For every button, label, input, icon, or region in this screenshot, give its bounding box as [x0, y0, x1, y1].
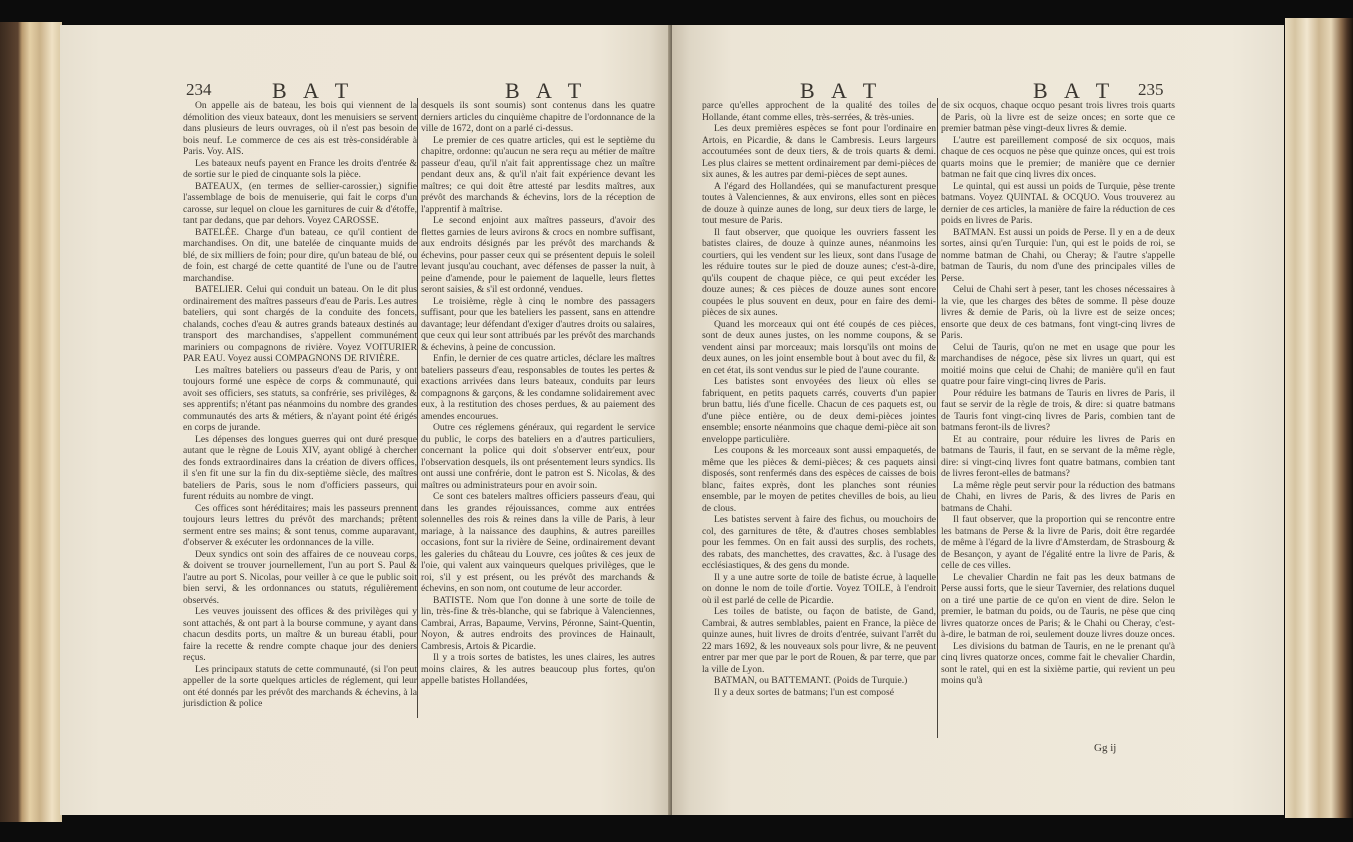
paragraph: Deux syndics ont soin des affaires de ce… — [183, 549, 417, 607]
paragraph: BATELÉE. Charge d'un bateau, ce qu'il co… — [183, 227, 417, 285]
paragraph: Les maîtres bateliers ou passeurs d'eau … — [183, 365, 417, 434]
left-page-column-2: desquels ils sont soumis) sont contenus … — [421, 100, 655, 687]
paragraph: Il y a trois sortes de batistes, les une… — [421, 652, 655, 687]
paragraph: desquels ils sont soumis) sont contenus … — [421, 100, 655, 135]
book-edge-left — [0, 22, 62, 822]
paragraph: L'autre est pareillement composé de six … — [941, 135, 1175, 181]
paragraph: de six ocquos, chaque ocquo pesant trois… — [941, 100, 1175, 135]
paragraph: Outre ces réglemens généraux, qui regard… — [421, 422, 655, 491]
page-number-right: 235 — [1138, 80, 1164, 100]
paragraph: Ce sont ces batelers maîtres officiers p… — [421, 491, 655, 595]
paragraph: BATMAN, ou BATTEMANT. (Poids de Turquie.… — [702, 675, 936, 687]
paragraph: La même règle peut servir pour la réduct… — [941, 480, 1175, 515]
page-number-left: 234 — [186, 80, 212, 100]
paragraph: BATISTE. Nom que l'on donne à une sorte … — [421, 595, 655, 653]
paragraph: Il faut observer, que quoique les ouvrie… — [702, 227, 936, 319]
paragraph: Le premier de ces quatre articles, qui e… — [421, 135, 655, 216]
paragraph: BATEAUX, (en termes de sellier-carossier… — [183, 181, 417, 227]
paragraph: Les principaux statuts de cette communau… — [183, 664, 417, 710]
paragraph: Et au contraire, pour réduire les livres… — [941, 434, 1175, 480]
paragraph: Enfin, le dernier de ces quatre articles… — [421, 353, 655, 422]
paragraph: Ces offices sont héréditaires; mais les … — [183, 503, 417, 549]
paragraph: Les batistes sont envoyées des lieux où … — [702, 376, 936, 445]
signature-mark: Gg ij — [1094, 742, 1116, 754]
paragraph: Les coupons & les morceaux sont aussi em… — [702, 445, 936, 514]
paragraph: On appelle ais de bateau, les bois qui v… — [183, 100, 417, 158]
paragraph: Les batistes servent à faire des fichus,… — [702, 514, 936, 572]
paragraph: Les dépenses des longues guerres qui ont… — [183, 434, 417, 503]
paragraph: Celui de Tauris, qu'on ne met en usage q… — [941, 342, 1175, 388]
paragraph: Les divisions du batman de Tauris, en ne… — [941, 641, 1175, 687]
paragraph: Le second enjoint aux maîtres passeurs, … — [421, 215, 655, 296]
right-page-column-2: de six ocquos, chaque ocquo pesant trois… — [941, 100, 1175, 687]
paragraph: Il y a une autre sorte de toile de batis… — [702, 572, 936, 607]
paragraph: Les veuves jouissent des offices & des p… — [183, 606, 417, 664]
column-rule — [937, 98, 938, 738]
paragraph: A l'égard des Hollandées, qui se manufac… — [702, 181, 936, 227]
paragraph: Le quintal, qui est aussi un poids de Tu… — [941, 181, 1175, 227]
paragraph: Les deux premières espèces se font pour … — [702, 123, 936, 181]
open-book: 234 B A T B A T On appelle ais de bateau… — [0, 0, 1353, 842]
paragraph: Il y a deux sortes de batmans; l'un est … — [702, 687, 936, 699]
paragraph: BATELIER. Celui qui conduit un bateau. O… — [183, 284, 417, 365]
paragraph: Le chevalier Chardin ne fait pas les deu… — [941, 572, 1175, 641]
paragraph: Celui de Chahi sert à peser, tant les ch… — [941, 284, 1175, 342]
paragraph: Pour réduire les batmans de Tauris en li… — [941, 388, 1175, 434]
right-page-column-1: parce qu'elles approchent de la qualité … — [702, 100, 936, 698]
paragraph: Les bateaux neufs payent en France les d… — [183, 158, 417, 181]
column-rule — [417, 98, 418, 718]
paragraph: parce qu'elles approchent de la qualité … — [702, 100, 936, 123]
left-page-column-1: On appelle ais de bateau, les bois qui v… — [183, 100, 417, 710]
paragraph: BATMAN. Est aussi un poids de Perse. Il … — [941, 227, 1175, 285]
paragraph: Les toiles de batiste, ou façon de batis… — [702, 606, 936, 675]
paragraph: Quand les morceaux qui ont été coupés de… — [702, 319, 936, 377]
book-edge-right — [1285, 18, 1353, 818]
paragraph: Le troisième, règle à cinq le nombre des… — [421, 296, 655, 354]
paragraph: Il faut observer, que la proportion qui … — [941, 514, 1175, 572]
